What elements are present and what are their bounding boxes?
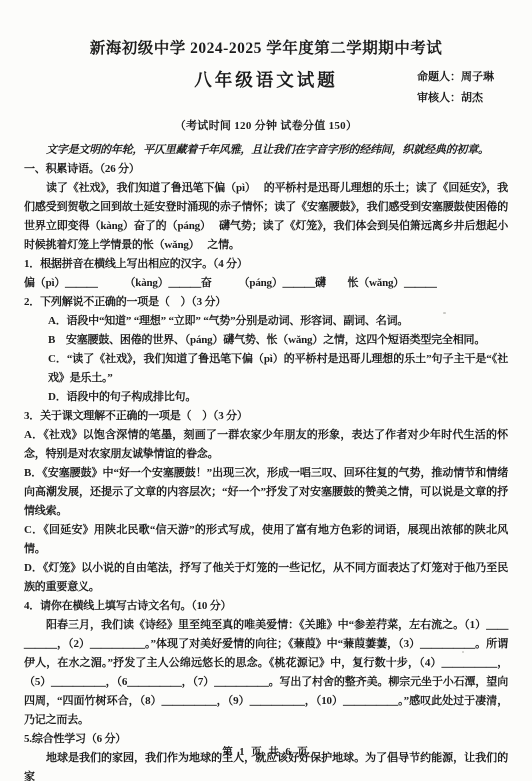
q3-option-a: A．《社戏》以饱含深情的笔墨，刻画了一群农家少年朋友的形象，表达了作者对少年时代… bbox=[24, 426, 508, 464]
q1-stem: 1．根据拼音在横线上写出相应的汉字。（4 分） bbox=[24, 255, 508, 274]
setter-name: 命题人：周子琳 bbox=[417, 67, 494, 88]
q4-stem: 4．请你在横线上填写古诗文名句。（10 分） bbox=[24, 597, 508, 616]
q4-passage: 阳春三月，我们读《诗经》里至纯至真的唯美爱情：《关雎》中“参差荇菜，左右流之。（… bbox=[24, 616, 508, 730]
exam-meta: （考试时间 120 分钟 试卷分值 150） bbox=[24, 117, 508, 133]
reviewer-name: 审核人：胡杰 bbox=[417, 88, 494, 109]
q1-blanks-line: 偏（pì）＿＿＿ （kàng）＿＿＿奋 （páng）＿＿＿礴 怅（wǎng）＿＿… bbox=[24, 274, 508, 293]
q2-stem: 2．下列解说不正确的一项是（ ）（3 分） bbox=[24, 293, 508, 312]
page-footer: 第 1 页 共 6 页 bbox=[0, 744, 532, 759]
title-row: 八年级语文试题 命题人：周子琳 审核人：胡杰 bbox=[24, 67, 508, 111]
q2-option-a: A．语段中“知道” “理想” “立即” “气势”分别是动词、形容词、副词、名词。 bbox=[24, 312, 508, 331]
scan-speck bbox=[443, 312, 446, 314]
section-one-passage: 读了《社戏》，我们知道了鲁迅笔下偏（pì） 的平桥村是迅哥儿理想的乐土；读了《回… bbox=[24, 179, 508, 255]
q3-stem: 3．关于课文理解不正确的一项是（ ）（3 分） bbox=[24, 407, 508, 426]
scan-speck bbox=[305, 523, 307, 525]
q2-option-c: C．“读了《社戏》，我们知道了鲁迅笔下偏（pì）的平桥村是迅哥儿理想的乐土”句子… bbox=[24, 350, 508, 388]
section-one-heading: 一、积累诗语。（26 分） bbox=[24, 160, 508, 179]
q3-option-b: B．《安塞腰鼓》中“好一个安塞腰鼓！”出现三次，形成一唱三叹、回环往复的气势，推… bbox=[24, 464, 508, 521]
scan-speck bbox=[462, 651, 464, 653]
q3-option-c: C．《回延安》用陕北民歌“信天游”的形式写成，使用了富有地方色彩的词语，展现出浓… bbox=[24, 521, 508, 559]
exam-page: 新海初级中学 2024-2025 学年度第二学期期中考试 八年级语文试题 命题人… bbox=[0, 0, 532, 781]
q3-option-d: D．《灯笼》以小说的自由笔法，抒写了他关于灯笼的一些记忆，从不同方面表达了灯笼对… bbox=[24, 559, 508, 597]
intro-sentence: 文字是文明的年轮，平仄里藏着千年风雅，且让我们在字音字形的经纬间，织就经典的初章… bbox=[24, 141, 508, 160]
staff-block: 命题人：周子琳 审核人：胡杰 bbox=[417, 67, 494, 109]
q2-option-d: D．语段中的句子构成排比句。 bbox=[24, 388, 508, 407]
q2-option-b: B 安塞腰鼓、困倦的世界、（páng）礴气势、怅（wǎng）之情，这四个短语类型… bbox=[24, 331, 508, 350]
school-exam-title: 新海初级中学 2024-2025 学年度第二学期期中考试 bbox=[24, 36, 508, 58]
scan-speck bbox=[73, 757, 76, 759]
exam-body: 文字是文明的年轮，平仄里藏着千年风雅，且让我们在字音字形的经纬间，织就经典的初章… bbox=[24, 141, 508, 781]
